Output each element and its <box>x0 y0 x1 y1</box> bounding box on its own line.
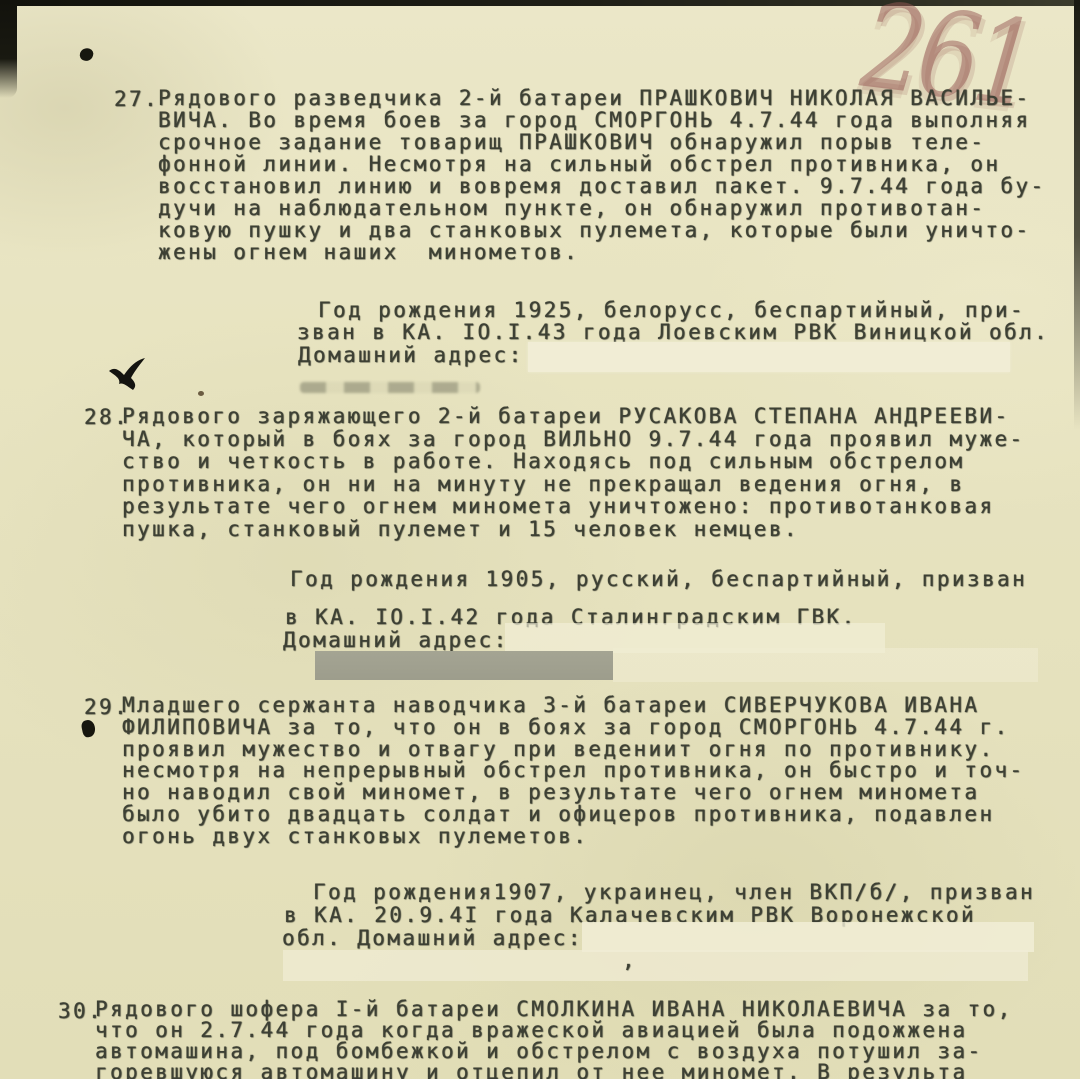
entry-line: противника, он ни на минуту не прекращал… <box>122 473 1025 496</box>
entry-line: жены огнем наших минометов. <box>158 241 1046 263</box>
redaction-box-gray <box>315 651 613 680</box>
document-page: 261 27. Рядового разведчика 2-й батареи … <box>0 0 1080 1079</box>
redaction-box <box>528 342 1010 372</box>
entry-line: ВИЧА. Во время боев за город СМОРГОНЬ 4.… <box>158 109 1046 131</box>
entry-line: фонной линии. Несмотря на сильный обстре… <box>158 153 1046 175</box>
entry-line: ство и четкость в работе. Находясь под с… <box>122 450 1025 473</box>
entry-text: Рядового шофера I-й батареи СМОЛКИНА ИВА… <box>95 999 1013 1079</box>
details-line: зван в КА. IO.I.43 года Лоевским РВК Вин… <box>297 320 1049 344</box>
details-line: Год рождения 1905, русский, беспартийный… <box>290 567 1027 591</box>
entry-line: дучи на наблюдательном пункте, он обнару… <box>158 197 1046 219</box>
entry-line: было убито двадцать солдат и офицеров пр… <box>122 804 1025 826</box>
entry-line: но наводил свой миномет, в результате че… <box>122 782 1025 804</box>
paper-tear-mark <box>106 356 150 394</box>
paper-speck <box>428 506 433 510</box>
details-line: обл. Домашний адрес: <box>282 926 583 950</box>
entry-line: ЧА, который в боях за город ВИЛЬНО 9.7.4… <box>122 428 1025 451</box>
entry-line: что он 2.7.44 года когда вражеской авиац… <box>95 1020 1013 1041</box>
details-line: Домашний адрес: <box>283 628 509 652</box>
scan-edge-right <box>1074 0 1080 430</box>
entry-line: пушка, станковый пулемет и 15 человек не… <box>122 518 1025 541</box>
entry-text: Младшего сержанта наводчика 3-й батареи … <box>122 695 1025 848</box>
entry-line: результате чего огнем миномета уничтожен… <box>122 495 1025 518</box>
redaction-box <box>283 950 1028 981</box>
entry-line: Рядового разведчика 2-й батареи ПРАШКОВИ… <box>158 87 1046 109</box>
entry-line: проявил мужество и отвагу при ведениит о… <box>122 739 1025 761</box>
entry-line: ФИЛИПОВИЧА за то, что он в боях за город… <box>122 717 1025 739</box>
ink-blot <box>80 719 96 738</box>
paper-speck <box>198 391 204 396</box>
entry-line: восстановил линию и вовремя доставил пак… <box>158 175 1046 197</box>
redaction-box <box>582 922 1034 952</box>
entry-line: Рядового шофера I-й батареи СМОЛКИНА ИВА… <box>95 999 1013 1020</box>
entry-line: ковую пушку и два станковых пулемета, ко… <box>158 219 1046 241</box>
entry-line: автомашина, под бомбежкой и обстрелом с … <box>95 1041 1013 1062</box>
redaction-box <box>613 648 1038 682</box>
entry-line: срочное задание товарищ ПРАШКОВИЧ обнару… <box>158 131 1046 153</box>
entry-number: 27. <box>114 87 159 111</box>
redaction-comma-remnant: , <box>622 948 637 972</box>
details-line: Год рождения1907, украинец, член ВКП/б/,… <box>313 880 1035 904</box>
entry-line: огонь двух станковых пулеметов. <box>122 826 1025 848</box>
entry-line: несмотря на непрерывный обстрел противни… <box>122 760 1025 782</box>
entry-text: Рядового заряжающего 2-й батареи РУСАКОВ… <box>122 405 1025 540</box>
details-line: Год рождения 1925, белорусс, беспартийны… <box>318 298 1025 322</box>
ink-blot <box>78 46 94 62</box>
entry-line: горевшуюся автомашину и отцепил от нее м… <box>95 1062 1013 1079</box>
details-line: Домашний адрес: <box>298 343 524 367</box>
erased-text-remnant <box>300 382 480 393</box>
entry-text: Рядового разведчика 2-й батареи ПРАШКОВИ… <box>158 87 1046 263</box>
scan-edge-left <box>0 0 17 98</box>
entry-line: Рядового заряжающего 2-й батареи РУСАКОВ… <box>122 405 1025 428</box>
entry-line: Младшего сержанта наводчика 3-й батареи … <box>122 695 1025 717</box>
